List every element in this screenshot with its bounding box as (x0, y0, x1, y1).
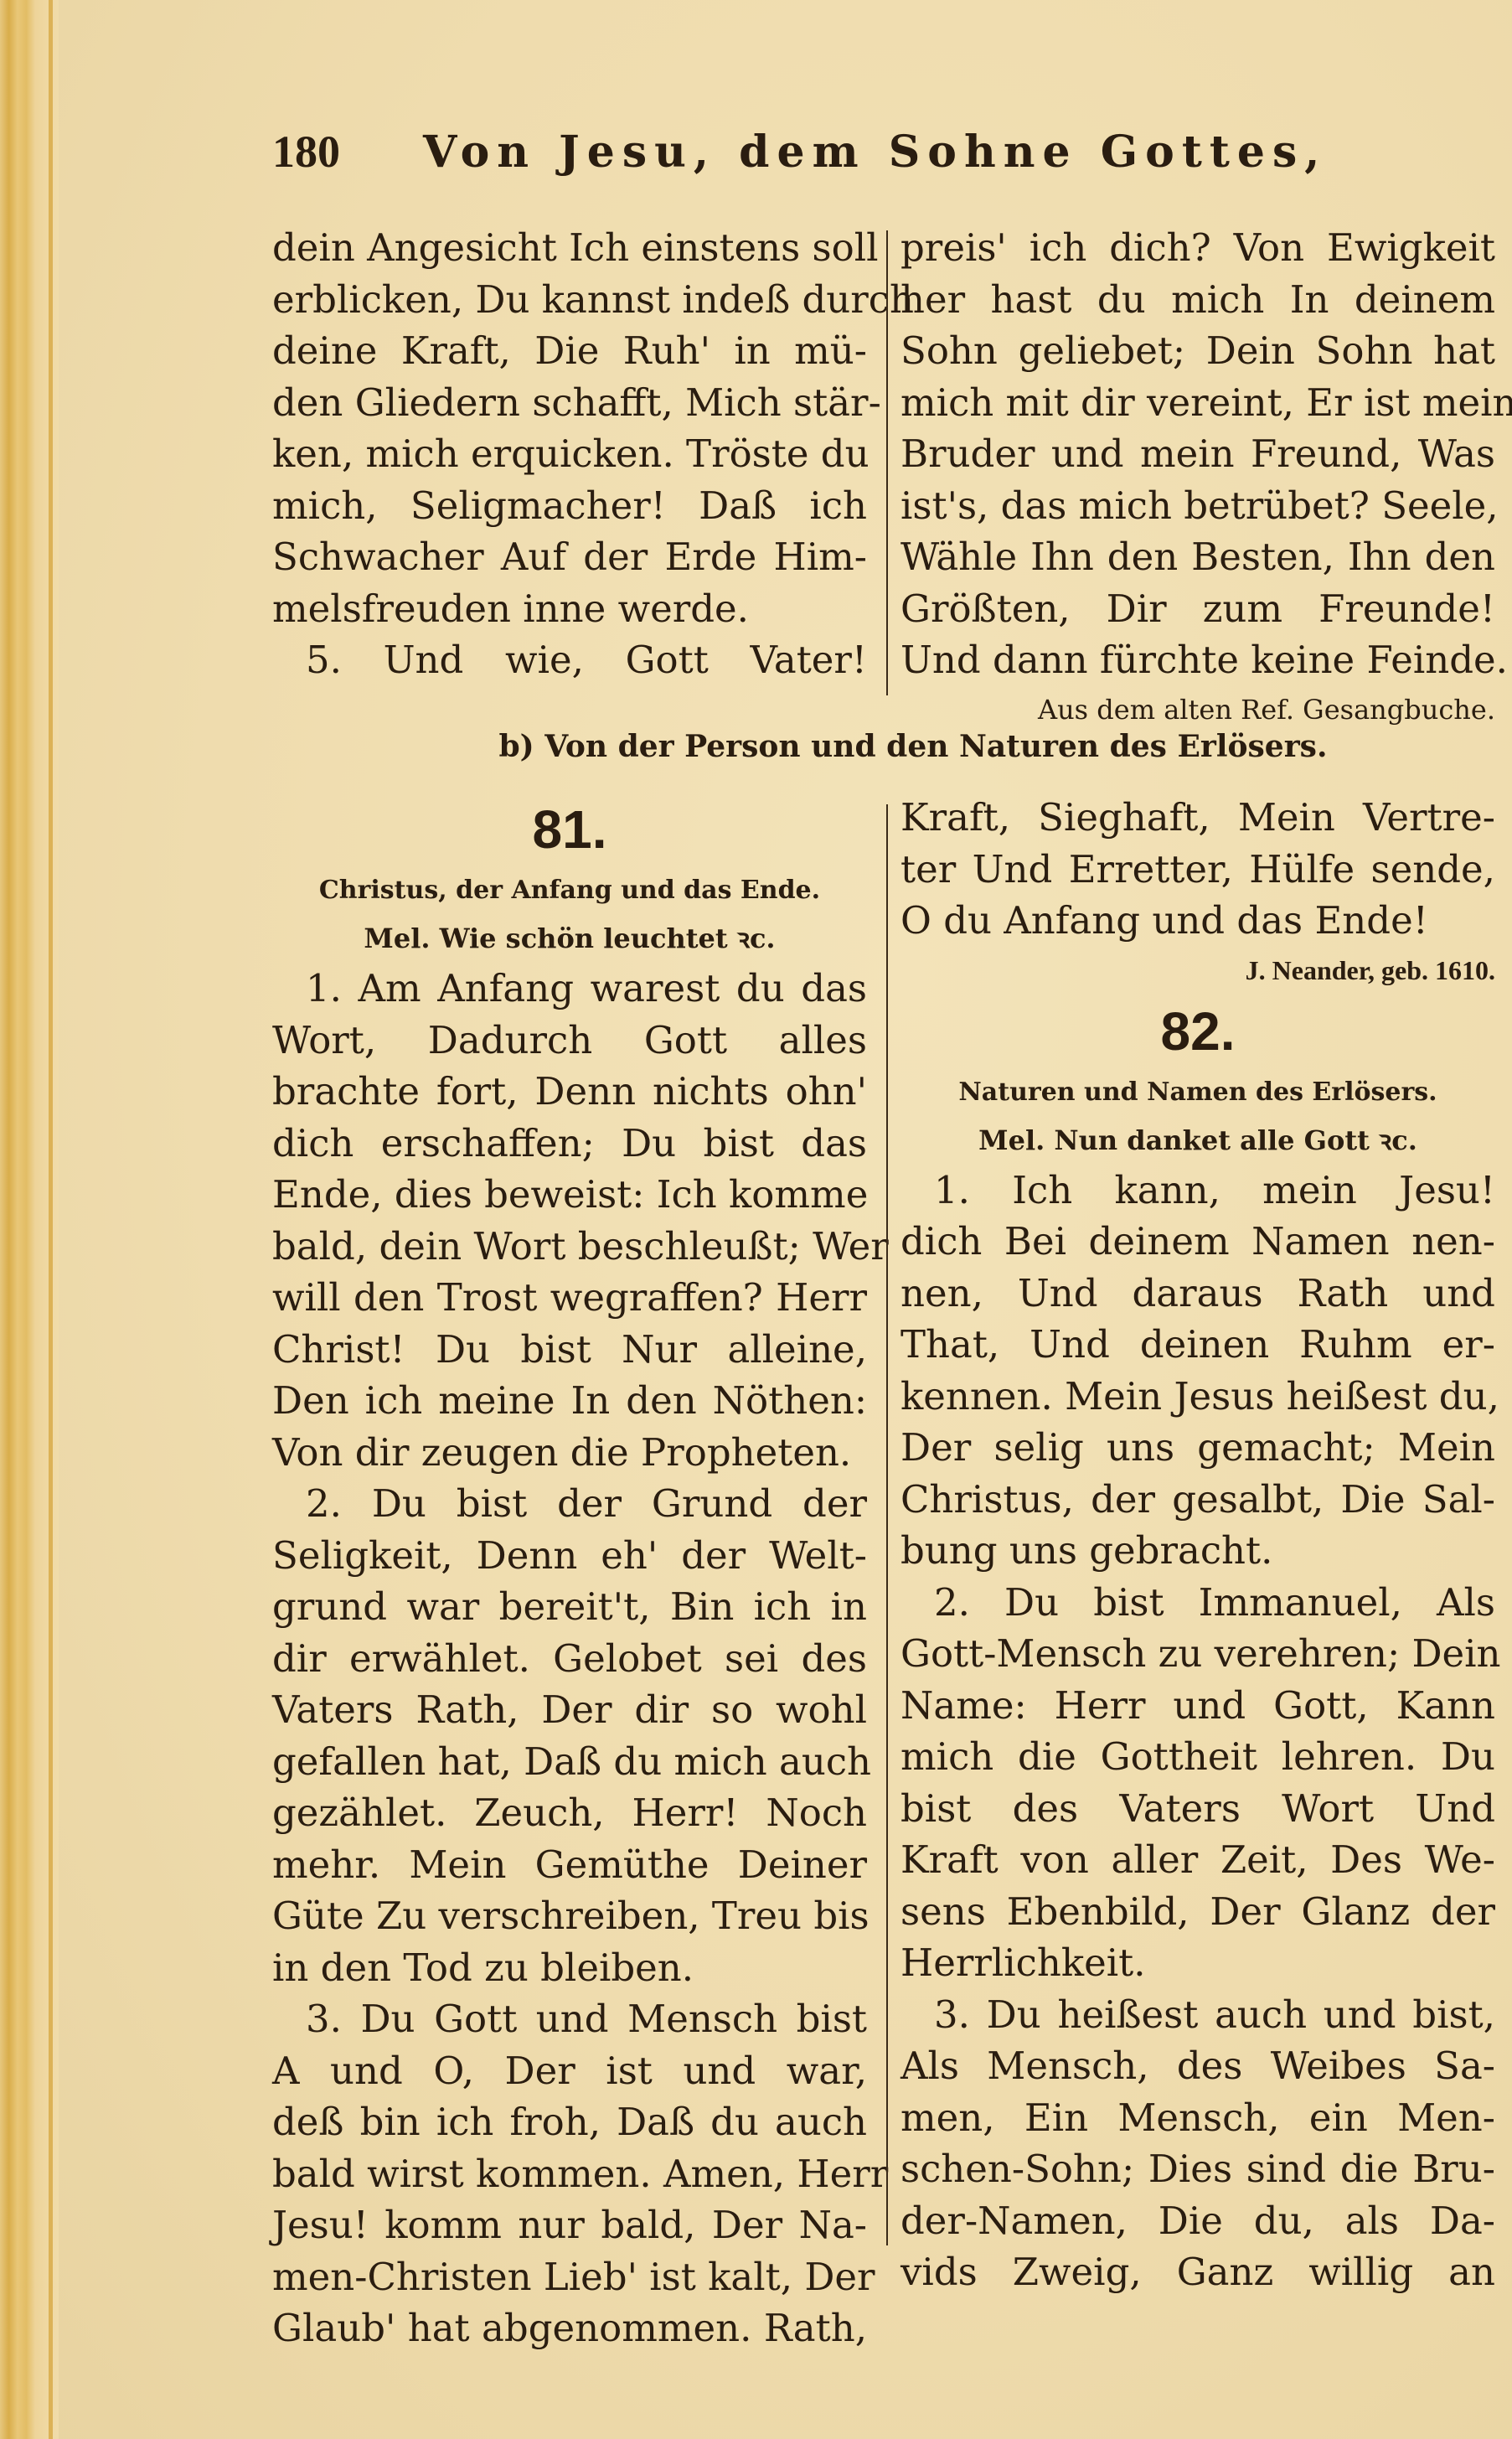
text-line: Den ich meine In den Nöthen: (272, 1375, 867, 1427)
text-line: sens Ebenbild, Der Glanz der (900, 1886, 1495, 1938)
text-line: Kraft, Sieghaft, Mein Vertre- (900, 792, 1495, 844)
page-number: 180 (272, 126, 423, 178)
verse-start: 3. Du Gott und Mensch bist (272, 1993, 867, 2045)
text-line: gezählet. Zeuch, Herr! Noch (272, 1787, 867, 1839)
text-line: schen-Sohn; Dies sind die Bru- (900, 2143, 1495, 2195)
top-right-column: preis' ich dich? Von Ewigkeit her hast d… (900, 222, 1495, 733)
text-line: deine Kraft, Die Ruh' in mü- (272, 325, 867, 377)
text-line: Bruder und mein Freund, Was (900, 428, 1495, 480)
text-line: her hast du mich In deinem (900, 274, 1495, 326)
text-line: bald wirst kommen. Amen, Herr (272, 2148, 867, 2200)
text-line: Wähle Ihn den Besten, Ihn den (900, 531, 1495, 583)
text-line: O du Anfang und das Ende! (900, 895, 1495, 947)
text-line: dich erschaffen; Du bist das (272, 1118, 867, 1170)
text-line: Jesu! komm nur bald, Der Na- (272, 2199, 867, 2251)
text-line: mich mit dir vereint, Er ist mein (900, 377, 1495, 429)
text-line: deß bin ich froh, Daß du auch (272, 2096, 867, 2148)
text-line: Der selig uns gemacht; Mein (900, 1422, 1495, 1474)
running-head: 180 Von Jesu, dem Sohne Gottes, (272, 126, 1328, 201)
text-line: Sohn geliebet; Dein Sohn hat (900, 325, 1495, 377)
text-line: der-Namen, Die du, als Da- (900, 2195, 1495, 2247)
verse-start: 3. Du heißest auch und bist, (900, 1989, 1495, 2041)
source-credit: Aus dem alten Ref. Gesangbuche. (900, 686, 1495, 733)
text-line: preis' ich dich? Von Ewigkeit (900, 222, 1495, 274)
text-line: Christus, der gesalbt, Die Sal- (900, 1474, 1495, 1526)
text-line: Größten, Dir zum Freunde! (900, 583, 1495, 635)
text-line: Seligkeit, Denn eh' der Welt- (272, 1530, 867, 1582)
hymn-number: 82. (900, 994, 1495, 1069)
text-line: Güte Zu verschreiben, Treu bis (272, 1890, 867, 1942)
spine-fold-line (49, 0, 53, 2439)
text-line: Und dann fürchte keine Feinde. (900, 634, 1495, 686)
text-line: That, Und deinen Ruhm er- (900, 1319, 1495, 1371)
text-line: Herrlichkeit. (900, 1937, 1495, 1989)
text-line: mehr. Mein Gemüthe Deiner (272, 1839, 867, 1891)
text-line: Wort, Dadurch Gott alles (272, 1015, 867, 1067)
text-line: dein Angesicht Ich einstens soll (272, 222, 867, 274)
text-line: grund war bereit't, Bin ich in (272, 1581, 867, 1633)
hymn-title: Naturen und Namen des Erlösers. (900, 1069, 1495, 1116)
text-line: Schwacher Auf der Erde Him- (272, 531, 867, 583)
text-line: will den Trost wegraffen? Herr (272, 1272, 867, 1324)
text-line: Christ! Du bist Nur alleine, (272, 1324, 867, 1376)
text-line: mich, Seligmacher! Daß ich (272, 480, 867, 532)
top-left-column: dein Angesicht Ich einstens soll erblick… (272, 222, 867, 686)
text-line: dir erwählet. Gelobet sei des (272, 1633, 867, 1685)
text-line: mich die Gottheit lehren. Du (900, 1731, 1495, 1783)
text-line: in den Tod zu bleiben. (272, 1942, 867, 1994)
section-heading: b) Von der Person und den Naturen des Er… (452, 729, 1374, 764)
text-line: A und O, Der ist und war, (272, 2045, 867, 2097)
text-line: Kraft von aller Zeit, Des We- (900, 1834, 1495, 1886)
hymn-number: 81. (272, 792, 867, 867)
text-line: Von dir zeugen die Propheten. (272, 1427, 867, 1479)
verse-start: 5. Und wie, Gott Vater! (272, 634, 867, 686)
text-line: Glaub' hat abgenommen. Rath, (272, 2302, 867, 2354)
text-line: den Gliedern schafft, Mich stär- (272, 377, 867, 429)
text-line: brachte fort, Denn nichts ohn' (272, 1066, 867, 1118)
verse-start: 1. Ich kann, mein Jesu! (900, 1165, 1495, 1217)
text-line: men-Christen Lieb' ist kalt, Der (272, 2251, 867, 2303)
text-line: ken, mich erquicken. Tröste du (272, 428, 867, 480)
hymn-melody: Mel. Wie schön leuchtet ꝛc. (272, 914, 867, 963)
text-line: gefallen hat, Daß du mich auch (272, 1736, 867, 1788)
text-line: Als Mensch, des Weibes Sa- (900, 2040, 1495, 2092)
text-line: ist's, das mich betrübet? Seele, (900, 480, 1495, 532)
verse-start: 2. Du bist der Grund der (272, 1478, 867, 1530)
text-line: bung uns gebracht. (900, 1525, 1495, 1577)
verse-start: 1. Am Anfang warest du das (272, 963, 867, 1015)
text-line: men, Ein Mensch, ein Men- (900, 2092, 1495, 2144)
hymn-melody: Mel. Nun danket alle Gott ꝛc. (900, 1116, 1495, 1165)
hymn-82-column: Kraft, Sieghaft, Mein Vertre- ter Und Er… (900, 792, 1495, 2298)
hymn-81-column: 81. Christus, der Anfang und das Ende. M… (272, 792, 867, 2354)
text-line: nen, Und daraus Rath und (900, 1268, 1495, 1320)
text-line: Ende, dies beweist: Ich komme (272, 1169, 867, 1221)
text-line: bist des Vaters Wort Und (900, 1783, 1495, 1835)
column-rule (886, 804, 888, 2245)
text-line: bald, dein Wort beschleußt; Wer (272, 1221, 867, 1273)
text-line: melsfreuden inne werde. (272, 583, 867, 635)
author-credit: J. Neander, geb. 1610. (900, 947, 1495, 994)
hymn-title: Christus, der Anfang und das Ende. (272, 867, 867, 914)
text-line: Vaters Rath, Der dir so wohl (272, 1684, 867, 1736)
text-line: dich Bei deinem Namen nen- (900, 1216, 1495, 1268)
verse-start: 2. Du bist Immanuel, Als (900, 1577, 1495, 1629)
text-line: vids Zweig, Ganz willig an (900, 2246, 1495, 2298)
text-line: Gott-Mensch zu verehren; Dein (900, 1628, 1495, 1680)
text-line: Name: Herr und Gott, Kann (900, 1680, 1495, 1732)
running-title: Von Jesu, dem Sohne Gottes, (423, 127, 1327, 178)
column-rule (886, 230, 888, 695)
book-page: 180 Von Jesu, dem Sohne Gottes, dein Ang… (0, 0, 1512, 2439)
text-line: erblicken, Du kannst indeß durch (272, 274, 867, 326)
text-line: kennen. Mein Jesus heißest du, (900, 1371, 1495, 1423)
text-line: ter Und Erretter, Hülfe sende, (900, 844, 1495, 896)
